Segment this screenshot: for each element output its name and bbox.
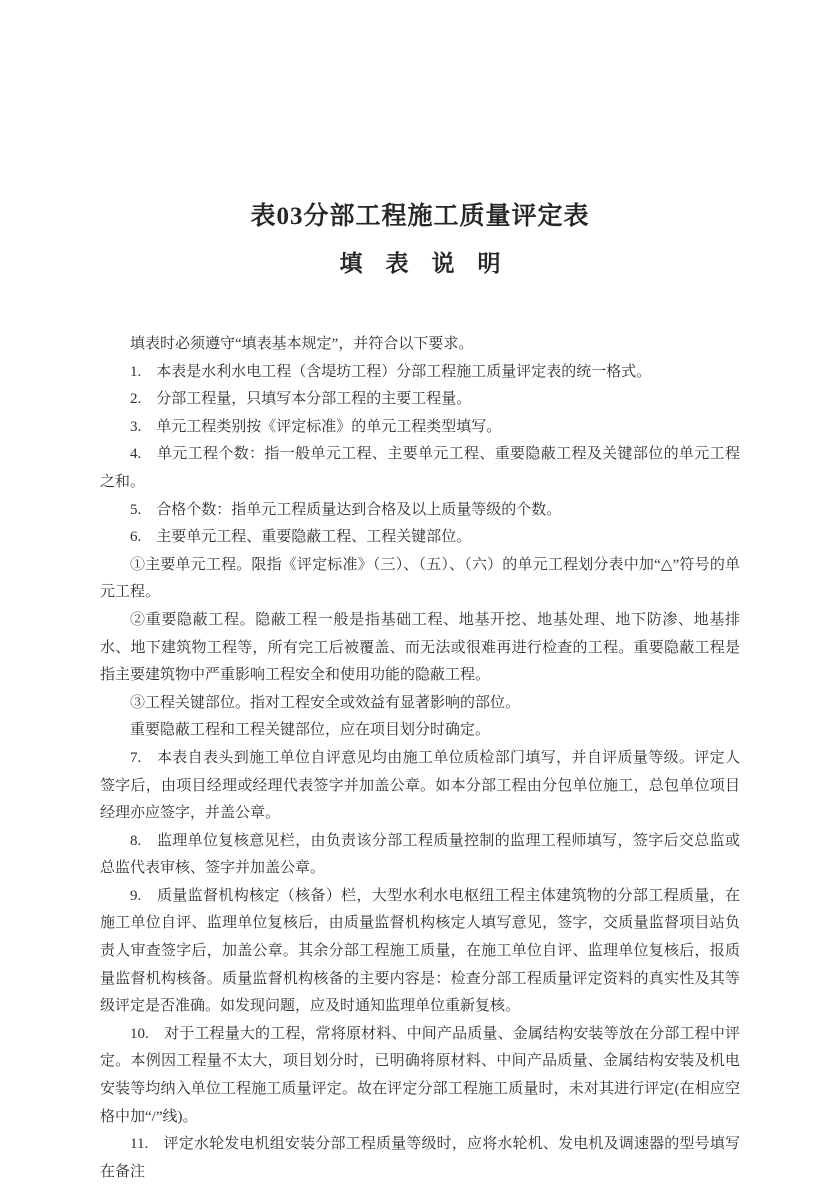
paragraph: 6. 主要单元工程、重要隐蔽工程、工程关键部位。 — [100, 524, 740, 552]
paragraph: 8. 监理单位复核意见栏，由负责该分部工程质量控制的监理工程师填写，签字后交总监… — [100, 828, 740, 883]
paragraph: ③工程关键部位。指对工程安全或效益有显著影响的部位。 — [100, 690, 740, 718]
paragraph: 填表时必须遵守“填表基本规定”，并符合以下要求。 — [100, 331, 740, 359]
paragraph: 5. 合格个数：指单元工程质量达到合格及以上质量等级的个数。 — [100, 497, 740, 525]
document-title: 表03分部工程施工质量评定表 — [100, 196, 740, 232]
paragraph: 4. 单元工程个数：指一般单元工程、主要单元工程、重要隐蔽工程及关键部位的单元工… — [100, 441, 740, 496]
paragraph: 9. 质量监督机构核定（核备）栏，大型水利水电枢纽工程主体建筑物的分部工程质量，… — [100, 883, 740, 1021]
document-subtitle: 填 表 说 明 — [100, 245, 740, 278]
paragraph: ②重要隐蔽工程。隐蔽工程一般是指基础工程、地基开挖、地基处理、地下防渗、地基排水… — [100, 607, 740, 690]
paragraph: 3. 单元工程类别按《评定标准》的单元工程类型填写。 — [100, 414, 740, 442]
paragraph: 1. 本表是水利水电工程（含堤坊工程）分部工程施工质量评定表的统一格式。 — [100, 359, 740, 387]
paragraph: 2. 分部工程量，只填写本分部工程的主要工程量。 — [100, 386, 740, 414]
paragraph: ①主要单元工程。限指《评定标准》（三）、（五）、（六）的单元工程划分表中加“△”… — [100, 552, 740, 607]
paragraph: 10. 对于工程量大的工程，常将原材料、中间产品质量、金属结构安装等放在分部工程… — [100, 1021, 740, 1131]
paragraph: 7. 本表自表头到施工单位自评意见均由施工单位质检部门填写，并自评质量等级。评定… — [100, 745, 740, 828]
paragraph: 重要隐蔽工程和工程关键部位，应在项目划分时确定。 — [100, 717, 740, 745]
document-body: 填表时必须遵守“填表基本规定”，并符合以下要求。 1. 本表是水利水电工程（含堤… — [100, 331, 740, 1186]
paragraph: 11. 评定水轮发电机组安装分部工程质量等级时，应将水轮机、发电机及调速器的型号… — [100, 1131, 740, 1186]
document-page: 表03分部工程施工质量评定表 填 表 说 明 填表时必须遵守“填表基本规定”，并… — [0, 0, 838, 1186]
